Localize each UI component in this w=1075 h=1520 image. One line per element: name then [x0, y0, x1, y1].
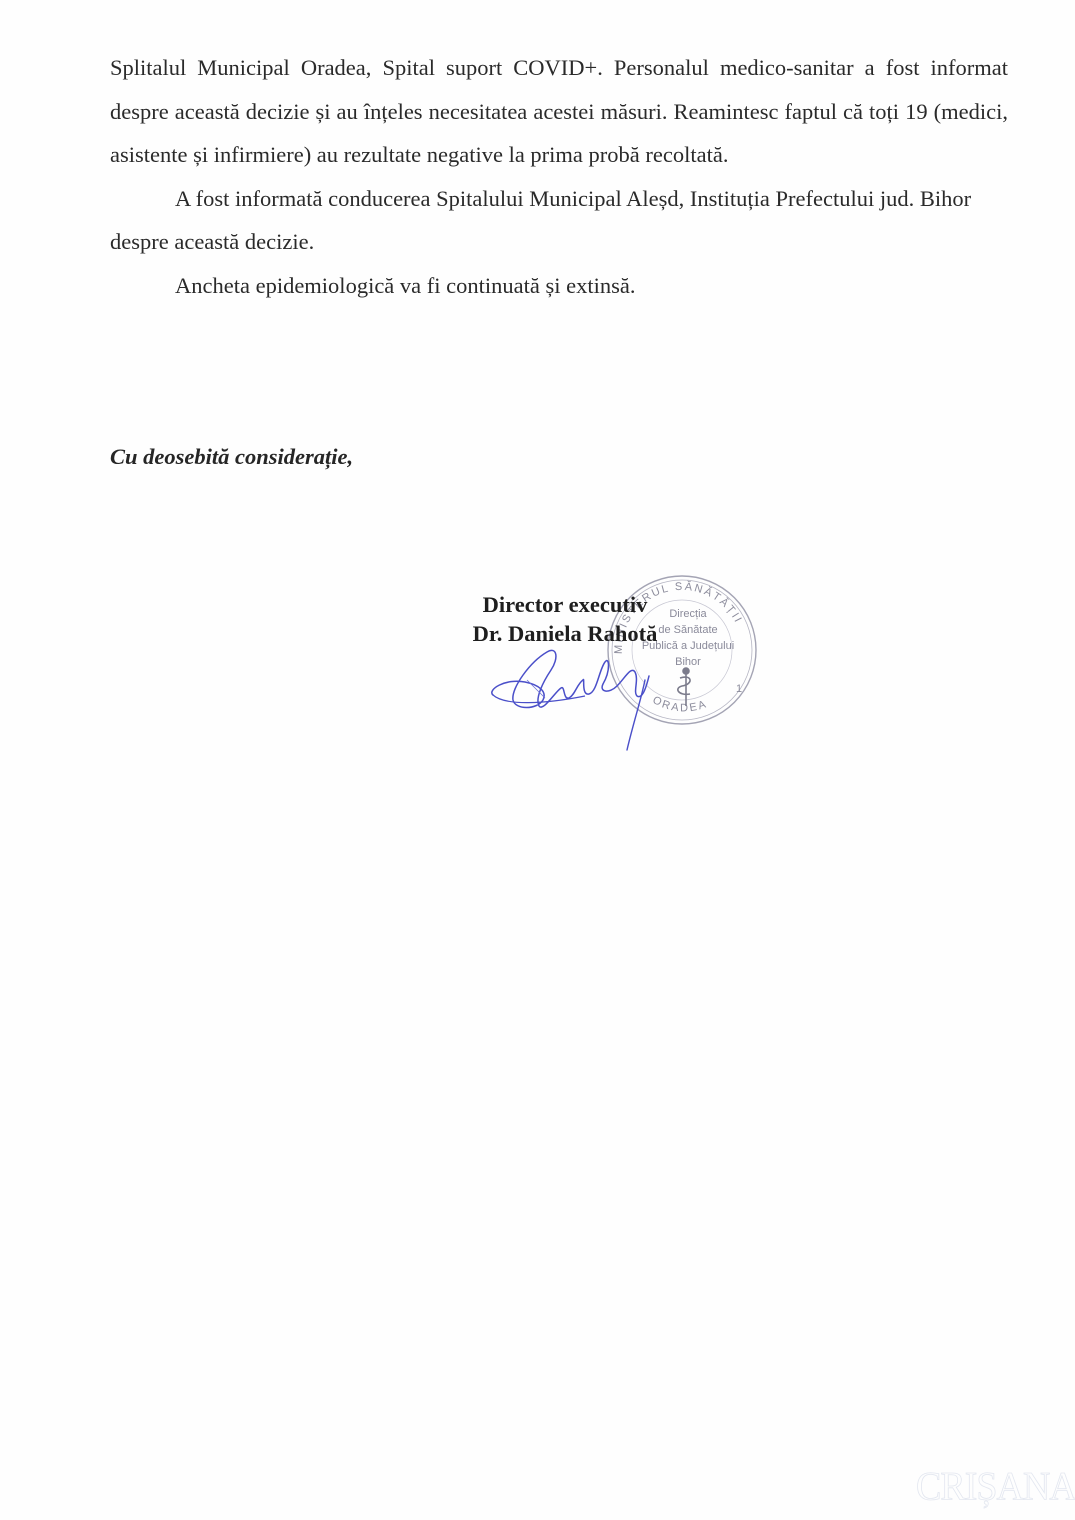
- paragraph-management-informed: A fost informată conducerea Spitalului M…: [110, 177, 1008, 264]
- paragraph-hospital-transfer: Splitalul Municipal Oradea, Spital supor…: [110, 46, 1008, 177]
- paragraph-investigation: Ancheta epidemiologică va fi continuată …: [110, 264, 1008, 308]
- watermark-logo: CRIȘANA: [916, 1464, 1075, 1510]
- handwritten-signature: [485, 640, 665, 755]
- signatory-title: Director executiv: [440, 590, 690, 619]
- stamp-number: 1: [736, 683, 742, 695]
- document-page: Splitalul Municipal Oradea, Spital supor…: [0, 0, 1075, 1520]
- closing-salutation: Cu deosebită considerație,: [110, 444, 353, 470]
- letter-body: Splitalul Municipal Oradea, Spital supor…: [110, 46, 1008, 308]
